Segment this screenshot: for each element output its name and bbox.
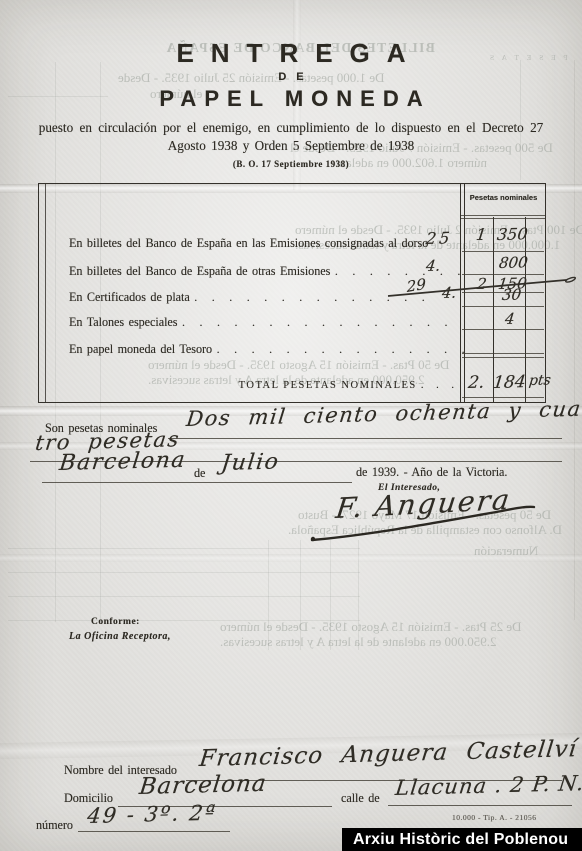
name-field-handwritten: Francisco Anguera Castellví [198,736,578,772]
form-title-2: PAPEL MONEDA [0,86,582,112]
printer-imprint: 10.000 - Tip. A. - 21056 [452,813,537,822]
number-field-rule [78,831,230,832]
row3-value-handwritten: 30 [501,286,522,304]
header-double-rule [461,215,545,216]
row1-value-rule [462,251,544,252]
bleedthrough-grid-line [268,540,269,650]
row1-value-handwritten: 350 [496,224,529,244]
row2b-thousands-handwritten: 2 [476,275,488,293]
bleedthrough-grid-line [8,596,360,597]
bleedthrough-grid-line [358,540,359,650]
row3-dot-leaders: . . . . . . . . . . . . . . [194,290,430,304]
street-field-label: calle de [341,791,380,806]
bleedthrough-grid-line [330,540,331,650]
total-unit-handwritten: pts [528,372,552,389]
bleedthrough-grid-line [8,548,360,549]
bleedthrough-line: Numeración [474,543,538,559]
row2-count-handwritten: 4. [425,257,441,275]
form-title-de: DE [0,71,582,83]
archive-watermark-banner: Arxiu Històric del Poblenou [342,828,582,851]
intro-line-1: puesto en circulación por el enemigo, en… [0,120,582,136]
row5-dot-leaders: . . . . . . . . . . . . . . . [217,342,470,356]
number-field-handwritten: 49 - 3º. 2ª [86,801,218,828]
row5-double-rule [462,357,544,358]
receiving-office-label: La Oficina Receptora, [69,631,171,642]
total-label: TOTAL PESETAS NOMINALES . . . [219,380,459,391]
year-victory-text: de 1939. - Año de la Victoria. [356,465,507,480]
bleedthrough-line: De 25 Ptas. - Emisión 15 Agosto 1935. - … [220,619,522,635]
number-field-label: número [36,818,73,833]
table-column-divider [460,184,461,402]
bleedthrough-grid-line [8,620,360,621]
amount-line1-rule [168,438,562,439]
row5-double-rule [462,353,544,354]
row3-label: En Certificados de plata . . . . . . . .… [69,290,430,305]
bleedthrough-grid-line [300,540,301,650]
row5-label: En papel moneda del Tesoro . . . . . . .… [69,342,470,357]
header-double-rule [461,218,545,219]
scanned-form-entrega-papel-moneda: BILLETES DEL BANCO DE ESPAÑA P E S E T A… [0,0,582,851]
domicile-field-handwritten: Barcelona [138,771,268,800]
gazette-note: (B. O. 17 Septiembre 1938) [0,159,582,169]
row1-count-handwritten: 25 [425,228,454,248]
row3-value-rule [462,306,544,307]
table-column-divider-2 [464,184,465,402]
archive-watermark-text: Arxiu Històric del Poblenou [342,828,582,851]
street-field-handwritten: Llacuna . 2 P. N. [394,771,582,800]
row2-dot-leaders: . . . . . . . . [335,264,466,278]
month-handwritten: Julio [220,449,281,476]
total-value-handwritten: 184 [492,372,527,393]
row2-value-handwritten: 800 [498,253,529,272]
total-thousands-handwritten: 2. [467,373,486,393]
table-inner-left-line [45,184,46,402]
row3-count-handwritten: 4. [441,284,457,302]
conforme-label: Conforme: [91,617,140,627]
amounts-table: Pesetas nominales En billetes del Banco … [38,183,546,403]
row4-value-rule [462,329,544,330]
row4-value-handwritten: 4 [504,310,516,328]
city-handwritten: Barcelona [58,448,187,476]
bleedthrough-line: D. Alfonso con estampilla de la Repúblic… [288,522,562,538]
row1-label: En billetes del Banco de España en las E… [69,236,428,251]
bleedthrough-grid-line [8,572,360,573]
form-title: ENTREGA [0,38,582,69]
row4-label: En Talones especiales . . . . . . . . . … [69,315,453,330]
row4-dot-leaders: . . . . . . . . . . . . . . . . [182,315,453,329]
row1-thousands-handwritten: 1 [475,225,487,244]
date-de-label: de [194,466,205,481]
street-field-rule [388,805,572,806]
row2-label: En billetes del Banco de España de otras… [69,264,465,279]
column-header-pesetas-nominales: Pesetas nominales [462,193,545,202]
total-dot-leaders: . . . [421,380,459,391]
intro-line-2: Agosto 1938 y Orden 5 Septiembre de 1938 [0,138,582,154]
date-line-rule [42,482,352,483]
